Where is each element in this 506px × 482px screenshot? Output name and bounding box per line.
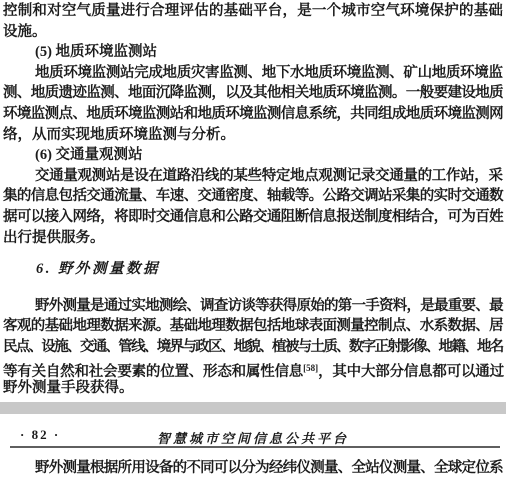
- section-heading-field-survey-data: 6. 野外测量数据: [3, 259, 503, 280]
- text-line: 客观的基础地理数据来源。基础地理数据包括地球表面测量控制点、水系数据、居: [3, 316, 503, 337]
- header-rule: [10, 446, 500, 448]
- subsection-heading-geological-station: (5) 地质环境监测站: [3, 42, 503, 63]
- citation-ref-58: [58]: [303, 363, 318, 373]
- text-line: 测、地质遗迹监测、地面沉降监测，以及其他相关地质环境监测。一般要建设地质: [3, 83, 503, 104]
- citation-line-pre: 等有关自然和社会要素的位置、形态和属性信息: [3, 364, 303, 380]
- text-line: 民点、设施、交通、管线、境界与政区、地貌、植被与土质、数字正射影像、地籍、地名: [3, 337, 503, 358]
- text-line: 野外测量是通过实地测绘、调查访谈等获得原始的第一手资料，是最重要、最: [3, 296, 503, 317]
- text-line-with-citation: 等有关自然和社会要素的位置、形态和属性信息[58]，其中大部分信息都可以通过: [3, 358, 503, 379]
- text-line: 设施。: [3, 22, 503, 43]
- text-line: 环境监测点、地质环境监测站和地质环境监测信息系统，共同组成地质环境监测网: [3, 104, 503, 125]
- text-line: 出行提供服务。: [3, 228, 503, 249]
- page-header: · 82 · 智慧城市空间信息公共平台: [0, 427, 506, 444]
- text-line: 控制和对空气质量进行合理评估的基础平台，是一个城市空气环境保护的基础: [3, 1, 503, 22]
- text-line: 据可以接入网络，将即时交通信息和公路交通阻断信息报送制度相结合，可为百姓: [3, 207, 503, 228]
- page-content-top: 控制和对空气质量进行合理评估的基础平台，是一个城市空气环境保护的基础 设施。 (…: [0, 0, 506, 399]
- citation-line-post: ，其中大部分信息都可以通过: [318, 364, 504, 380]
- text-line: 络，从而实现地质环境监测与分析。: [3, 125, 503, 146]
- page-separator-band: [0, 402, 506, 414]
- text-line: 交通量观测站是设在道路沿线的某些特定地点观测记录交通量的工作站，采: [3, 166, 503, 187]
- scanned-book-page: 控制和对空气质量进行合理评估的基础平台，是一个城市空气环境保护的基础 设施。 (…: [0, 0, 506, 482]
- text-line: 野外测量根据所用设备的不同可以分为经纬仪测量、全站仪测量、全球定位系: [3, 458, 503, 479]
- text-line: 集的信息包括交通流量、车速、交通密度、轴载等。公路交调站采集的实时交通数: [3, 186, 503, 207]
- running-title: 智慧城市空间信息公共平台: [0, 428, 506, 447]
- subsection-heading-traffic-station: (6) 交通量观测站: [3, 145, 503, 166]
- text-line: 地质环境监测站完成地质灾害监测、地下水地质环境监测、矿山地质环境监: [3, 63, 503, 84]
